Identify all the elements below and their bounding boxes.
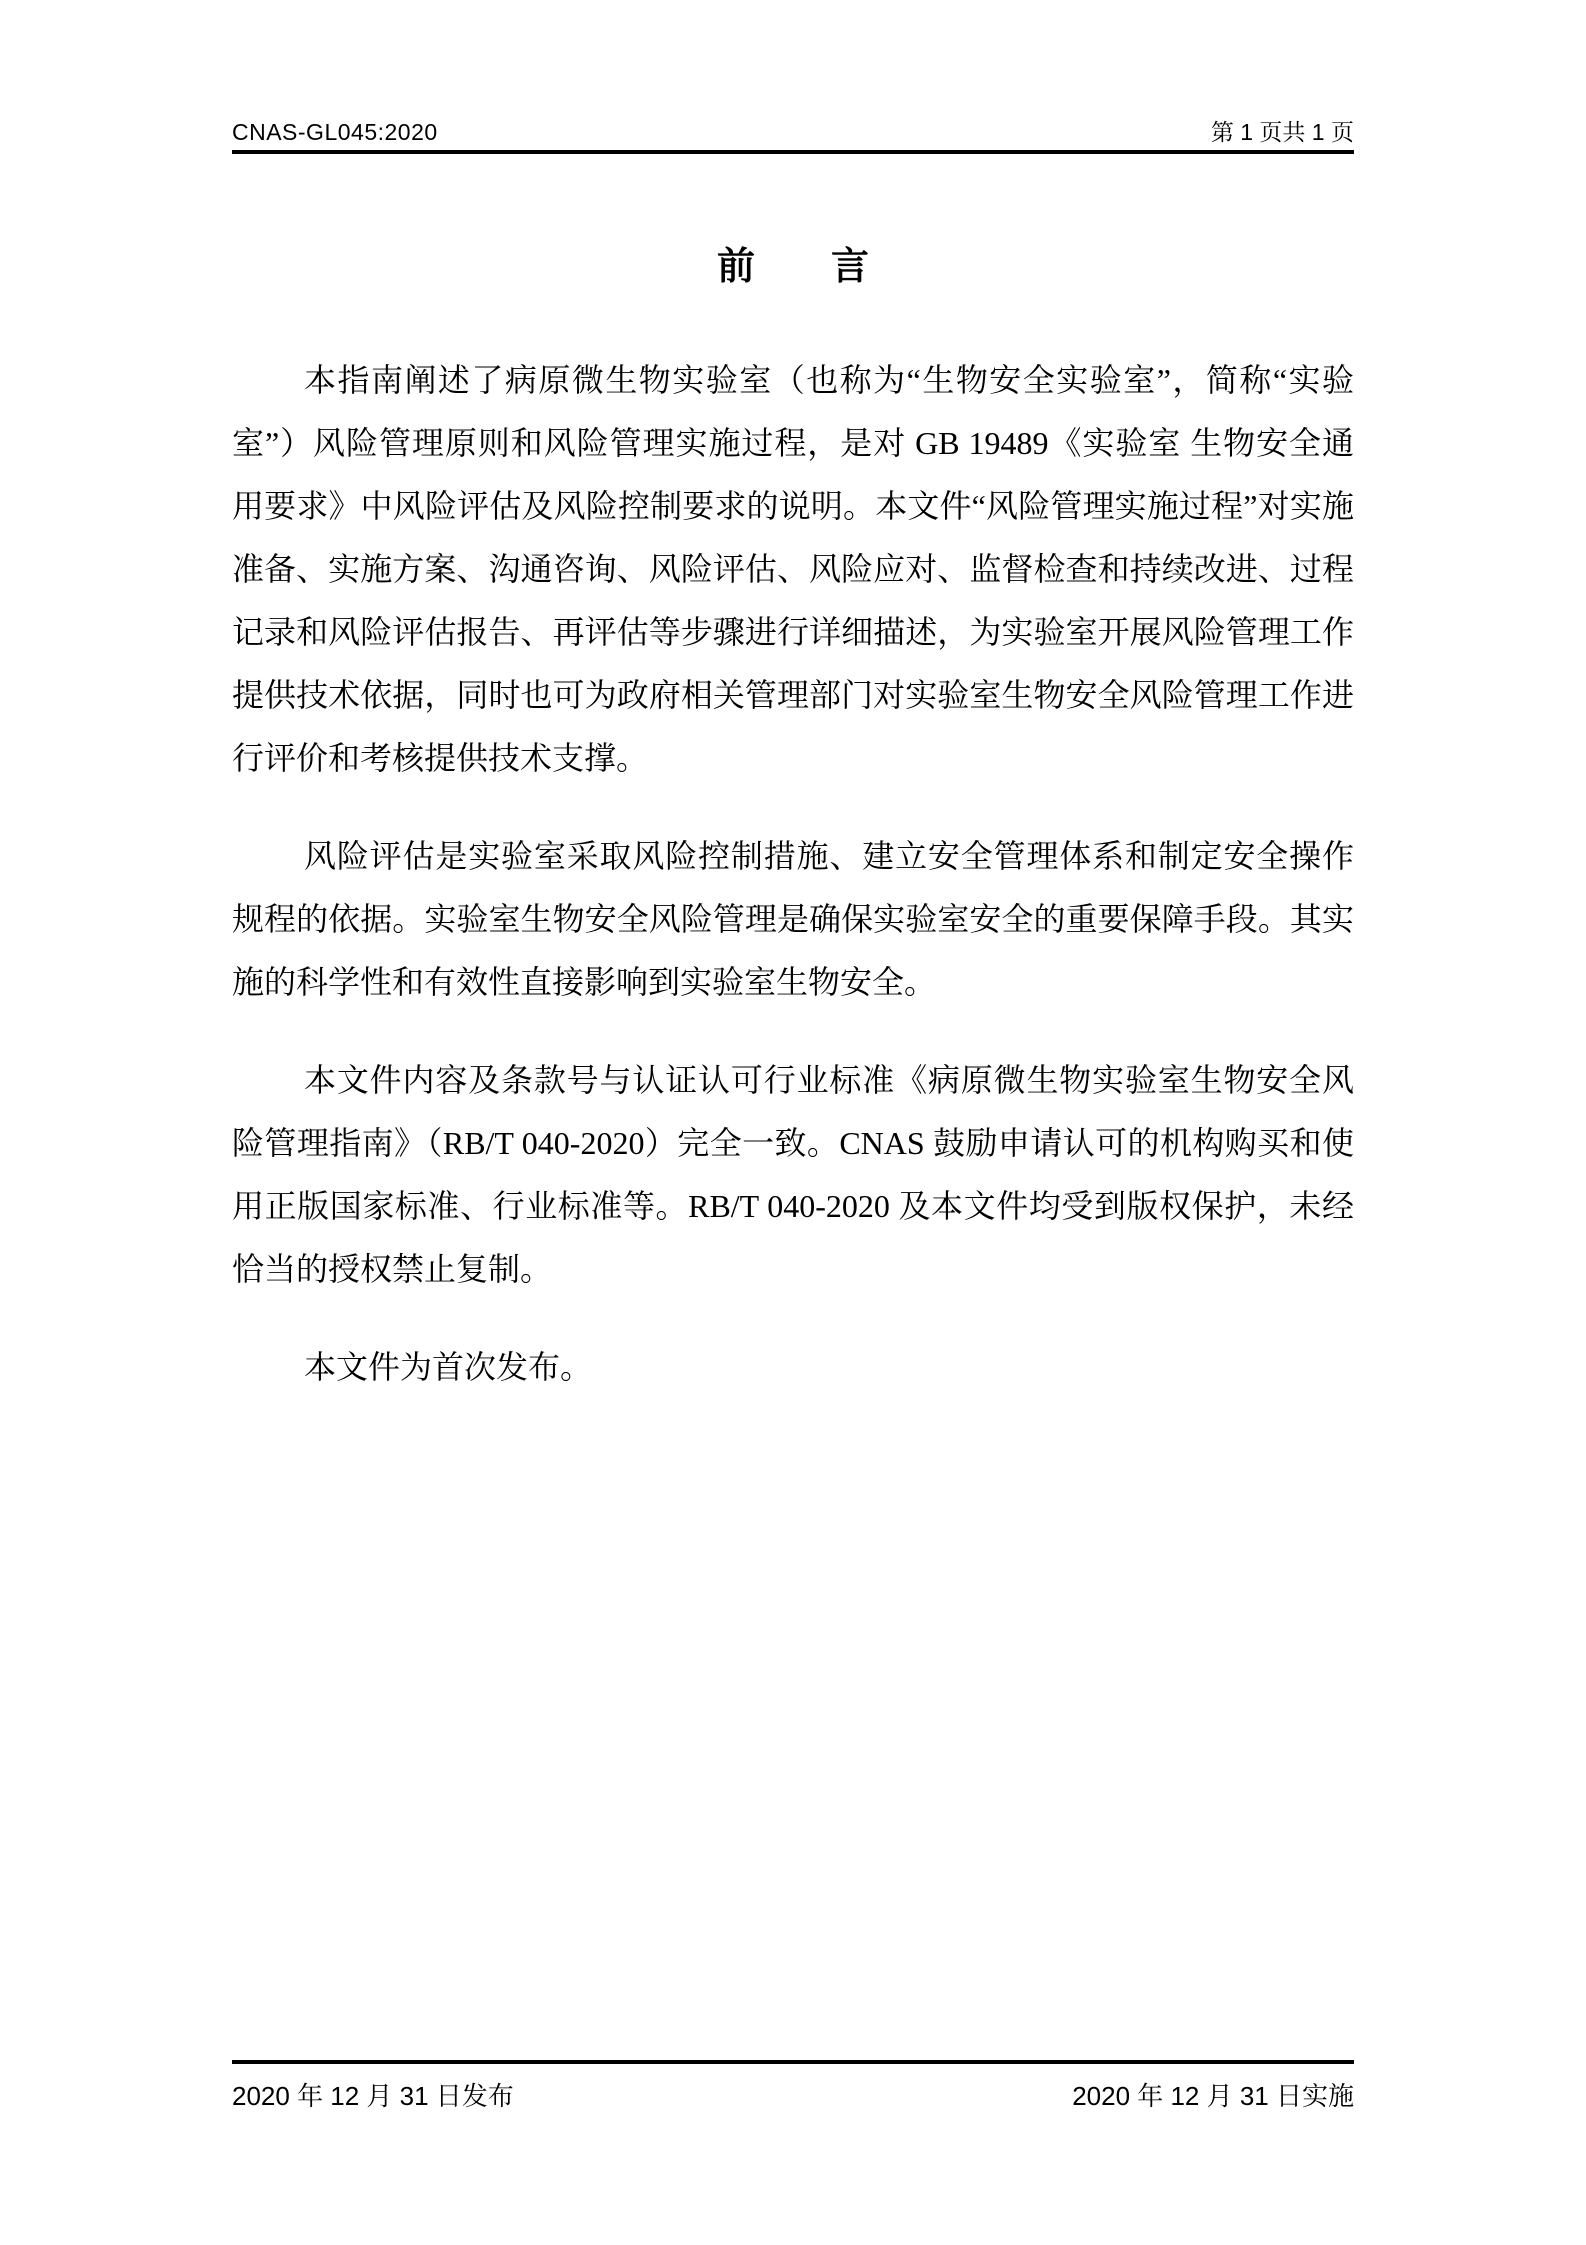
paragraph-first-release: 本文件为首次发布。 bbox=[232, 1336, 1354, 1399]
page-title: 前 言 bbox=[0, 244, 1586, 290]
document-number: CNAS-GL045:2020 bbox=[232, 118, 438, 146]
page-footer: 2020 年 12 月 31 日发布 2020 年 12 月 31 日实施 bbox=[232, 2080, 1354, 2112]
page-header: CNAS-GL045:2020 第 1 页共 1 页 bbox=[232, 118, 1354, 146]
header-rule bbox=[232, 150, 1354, 154]
page-number-indicator: 第 1 页共 1 页 bbox=[1211, 118, 1354, 146]
paragraph-scope: 本指南阐述了病原微生物实验室（也称为“生物安全实验室”，简称“实验室”）风险管理… bbox=[232, 349, 1354, 790]
footer-rule bbox=[232, 2060, 1354, 2064]
release-date: 2020 年 12 月 31 日发布 bbox=[232, 2080, 514, 2112]
document-page: CNAS-GL045:2020 第 1 页共 1 页 前 言 本指南阐述了病原微… bbox=[0, 0, 1586, 2245]
document-body: 本指南阐述了病原微生物实验室（也称为“生物安全实验室”，简称“实验室”）风险管理… bbox=[232, 349, 1354, 1434]
paragraph-copyright: 本文件内容及条款号与认证认可行业标准《病原微生物实验室生物安全风险管理指南》（R… bbox=[232, 1049, 1354, 1301]
paragraph-risk-assessment: 风险评估是实验室采取风险控制措施、建立安全管理体系和制定安全操作规程的依据。实验… bbox=[232, 825, 1354, 1014]
implementation-date: 2020 年 12 月 31 日实施 bbox=[1072, 2080, 1354, 2112]
